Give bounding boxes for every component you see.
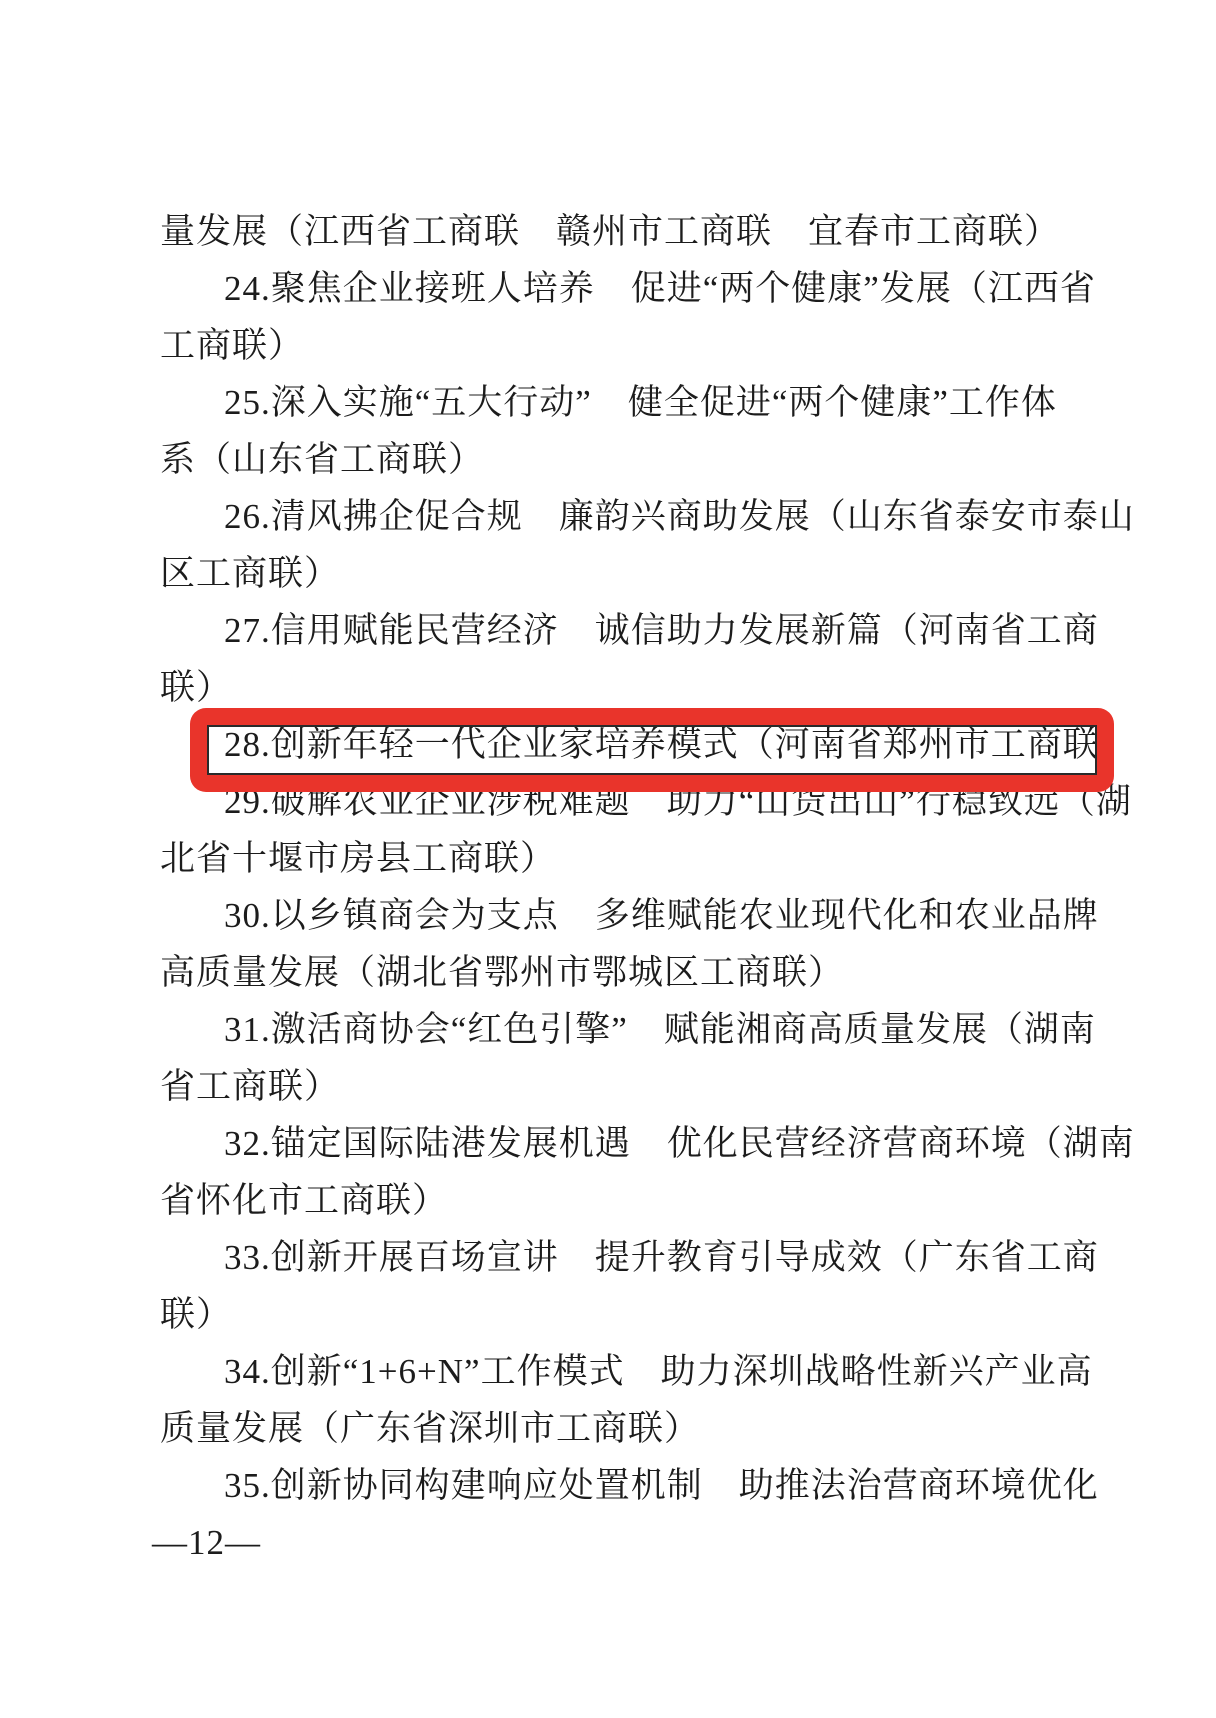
- document-body: 量发展（江西省工商联 赣州市工商联 宜春市工商联）24.聚焦企业接班人培养 促进…: [160, 203, 1080, 1514]
- document-line: 34.创新“1+6+N”工作模式 助力深圳战略性新兴产业高: [160, 1343, 1080, 1400]
- document-line: 32.锚定国际陆港发展机遇 优化民营经济营商环境（湖南: [160, 1115, 1080, 1172]
- document-line: 联）: [160, 659, 1080, 716]
- document-line: 区工商联）: [160, 545, 1080, 602]
- document-page: 量发展（江西省工商联 赣州市工商联 宜春市工商联）24.聚焦企业接班人培养 促进…: [0, 0, 1216, 1718]
- document-line: 35.创新协同构建响应处置机制 助推法治营商环境优化: [160, 1457, 1080, 1514]
- document-line: 系（山东省工商联）: [160, 431, 1080, 488]
- document-line: 25.深入实施“五大行动” 健全促进“两个健康”工作体: [160, 374, 1080, 431]
- document-line: 质量发展（广东省深圳市工商联）: [160, 1400, 1080, 1457]
- document-line: 24.聚焦企业接班人培养 促进“两个健康”发展（江西省: [160, 260, 1080, 317]
- document-line: 联）: [160, 1286, 1080, 1343]
- document-line: 工商联）: [160, 317, 1080, 374]
- document-line: 高质量发展（湖北省鄂州市鄂城区工商联）: [160, 944, 1080, 1001]
- document-line: 29.破解农业企业涉税难题 助力“山货出山”行稳致远（湖: [160, 773, 1080, 830]
- document-line: 27.信用赋能民营经济 诚信助力发展新篇（河南省工商: [160, 602, 1080, 659]
- document-line: 26.清风拂企促合规 廉韵兴商助发展（山东省泰安市泰山: [160, 488, 1080, 545]
- document-line: 33.创新开展百场宣讲 提升教育引导成效（广东省工商: [160, 1229, 1080, 1286]
- document-line: 30.以乡镇商会为支点 多维赋能农业现代化和农业品牌: [160, 887, 1080, 944]
- document-line: 省工商联）: [160, 1058, 1080, 1115]
- document-line: 量发展（江西省工商联 赣州市工商联 宜春市工商联）: [160, 203, 1080, 260]
- document-line: 北省十堰市房县工商联）: [160, 830, 1080, 887]
- document-line-highlighted: 28.创新年轻一代企业家培养模式（河南省郑州市工商联）: [160, 716, 1080, 773]
- document-line: 省怀化市工商联）: [160, 1172, 1080, 1229]
- page-number: —12—: [152, 1514, 261, 1571]
- document-line: 31.激活商协会“红色引擎” 赋能湘商高质量发展（湖南: [160, 1001, 1080, 1058]
